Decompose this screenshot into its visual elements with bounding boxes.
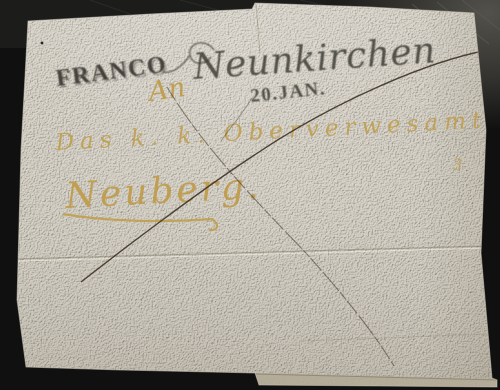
folded-letter: FRANCO FRANCO Neunkirchen 20.JAN. An Das…	[0, 0, 500, 390]
manuscript-docket-number: 3	[452, 155, 463, 174]
letter-photo-canvas: FRANCO FRANCO Neunkirchen 20.JAN. An Das…	[0, 0, 500, 390]
letter-photo: FRANCO FRANCO Neunkirchen 20.JAN. An Das…	[0, 0, 500, 390]
manuscript-an: An	[144, 72, 188, 108]
ink-speck	[41, 42, 44, 45]
